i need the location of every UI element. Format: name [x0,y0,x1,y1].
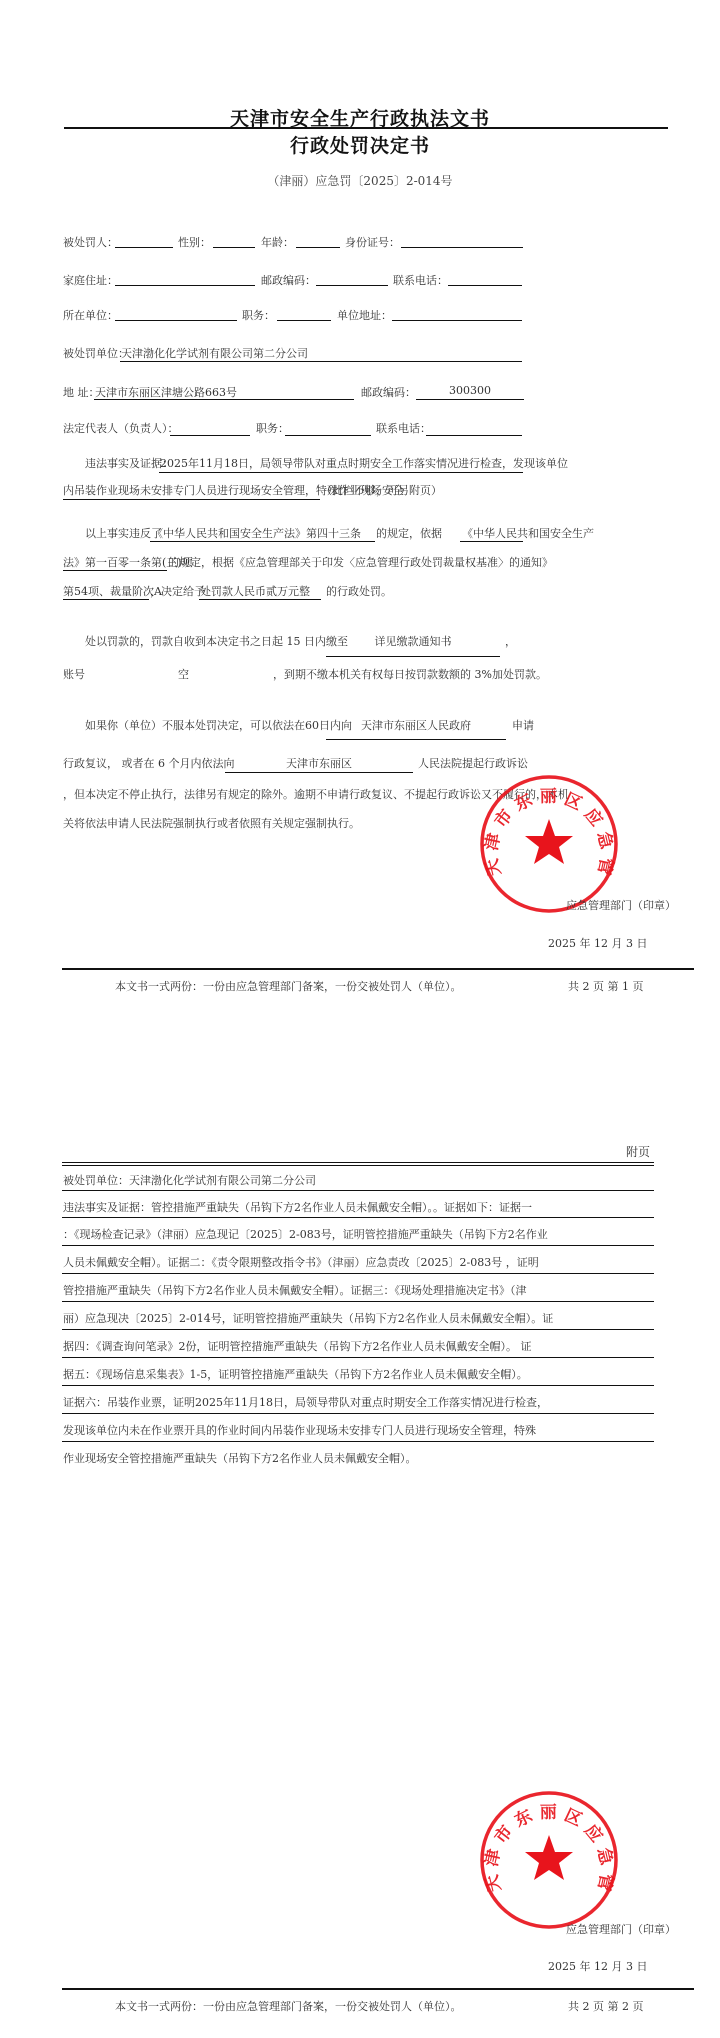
payment-prefix: 处以罚款的，罚款自收到本决定书之日起 15 日内缴至 [85,633,348,649]
phone-label: 联系电话： [393,272,448,288]
attachment-line: 作业现场安全管控措施严重缺失（吊钩下方2名作业人员未佩戴安全帽）。 [63,1450,417,1466]
footer-note: 本文书一式两份：一份由应急管理部门备案，一份交被处罚人（单位）。 [115,1998,462,2014]
penalty-amount: 处罚款人民币贰万元整 [200,583,310,599]
account-label: 账号 [63,666,85,682]
line-rule [62,1441,654,1442]
basis-law-part-1-underline [460,541,523,542]
penalty-amount-underline [199,599,321,600]
position-field [277,320,331,321]
phone-field [448,285,522,286]
basis-rest: 的规定，根据《应急管理部关于印发〈应急管理行政处罚裁量权基准〉的通知》 [168,554,553,570]
entity-address-value: 天津市东丽区津塘公路663号 [95,384,237,400]
page-indicator: 共 2 页 第 1 页 [568,978,643,994]
home-address-field [115,285,255,286]
footer-divider [62,968,694,970]
line-rule [62,1273,654,1274]
legal-rep-label: 法定代表人（负责人）： [63,420,179,436]
payment-suffix: ，到期不缴本机关有权每日按罚款数额的 3%加处罚款。 [273,666,547,682]
appeal-line-2-prefix: 行政复议， 或者在 6 个月内依法向 [63,755,235,771]
attachment-top-rule-1 [62,1162,654,1163]
account-value: 空 [178,666,189,682]
legal-rep-phone-field [426,435,522,436]
employer-address-field [392,320,522,321]
attachment-line: ：《现场检查记录》（津丽）应急现记〔2025〕2-083号，证明管控措施严重缺失… [63,1226,548,1242]
facts-line-1: 2025年11月18日，局领导带队对重点时期安全工作落实情况进行检查，发现该单位 [160,455,568,471]
id-number-field [401,247,523,248]
signature-date: 2025 年 12 月 3 日 [548,935,647,951]
appeal-prefix: 如果你（单位）不服本处罚决定，可以依法在60日内向 [85,717,352,733]
legal-rep-phone-label: 联系电话： [376,420,431,436]
signature-department: 应急管理部门（印章） [566,1921,676,1937]
official-seal-stamp: 天津市东丽区应急管理局 [478,1789,620,1931]
line-rule [62,1413,654,1414]
star-icon [525,819,573,864]
punished-entity-underline [120,361,522,362]
facts-line-1-underline [159,472,523,473]
entity-postcode-label: 邮政编码： [361,384,416,400]
court-name-underline [225,772,413,773]
signature-date: 2025 年 12 月 3 日 [548,1958,647,1974]
review-authority: 天津市东丽区人民政府 [326,717,506,733]
appeal-line-4: 关将依法申请人民法院强制执行或者依照有关规定强制执行。 [63,815,360,831]
attachment-line: 证据六：吊装作业票，证明2025年11月18日，局领导带队对重点时期安全工作落实… [63,1394,548,1410]
attachment-label: 附页 [626,1143,650,1160]
attachment-line: 人员未佩戴安全帽）。证据二：《责令限期整改指令书》（津丽）应急责改〔2025〕2… [63,1254,539,1270]
postcode-label: 邮政编码： [261,272,316,288]
line-rule [62,1385,654,1386]
attachment-line: 发现该单位内未在作业票开具的作业时间内吊装作业现场未安排专门人员进行现场安全管理… [63,1422,536,1438]
punished-entity-value: 天津渤化化学试剂有限公司第二分公司 [121,345,308,361]
violation-mid: 的规定，依据 [376,525,442,541]
gender-label: 性别： [178,234,211,250]
postcode-field [316,285,388,286]
attachment-line: 被处罚单位：天津渤化化学试剂有限公司第二分公司 [63,1172,316,1188]
attachment-line: 管控措施严重缺失（吊钩下方2名作业人员未佩戴安全帽）。证据三：《现场处理措施决定… [63,1282,527,1298]
document-number: （津丽）应急罚〔2025〕2-014号 [0,172,720,189]
review-authority-underline [326,739,506,740]
discretion-item-underline [63,599,149,600]
id-number-label: 身份证号： [345,234,400,250]
payee-comma: ， [505,633,516,649]
line-rule [62,1217,654,1218]
punished-person-field [115,247,173,248]
entity-address-underline [94,399,354,400]
entity-postcode-underline [416,399,524,400]
title-divider [64,127,668,129]
decide-text: ，决定给予 [150,583,205,599]
line-rule [62,1329,654,1330]
employer-label: 所在单位： [63,307,118,323]
attachment-top-rule-2 [62,1165,654,1166]
line-rule [62,1245,654,1246]
age-field [296,247,340,248]
attachment-line: 丽）应急现决〔2025〕2-014号，证明管控措施严重缺失（吊钩下方2名作业人员… [63,1310,553,1326]
home-address-label: 家庭住址： [63,272,118,288]
entity-postcode-value: 300300 [416,384,524,397]
violation-prefix: 以上事实违反了 [85,525,162,541]
court-suffix: 人民法院提起行政诉讼 [418,755,528,771]
violated-law: 《中华人民共和国安全生产法》第四十三条 [152,525,361,541]
footer-note: 本文书一式两份：一份由应急管理部门备案，一份交被处罚人（单位）。 [115,978,462,994]
employer-field [115,320,237,321]
attachment-line: 据四：《调查询问笔录》2份，证明管控措施严重缺失（吊钩下方2名作业人员未佩戴安全… [63,1338,532,1354]
line-rule [62,1190,654,1191]
facts-note: （此栏不够，可另附页） [321,482,442,498]
court-name: 天津市东丽区 [225,755,413,771]
punished-person-label: 被处罚人： [63,234,118,250]
footer-divider [62,1988,694,1990]
payee-value: 详见缴款通知书 [326,633,500,649]
punished-entity-label: 被处罚单位： [63,345,129,361]
attachment-line: 据五：《现场信息采集表》1-5，证明管控措施严重缺失（吊钩下方2名作业人员未佩戴… [63,1366,528,1382]
legal-rep-position-field [285,435,371,436]
discretion-item: 第54项、裁量阶次A [63,583,162,599]
violated-law-underline [150,541,375,542]
apply-text: 申请 [512,717,534,733]
page-indicator: 共 2 页 第 2 页 [568,1998,643,2014]
penalty-suffix: 的行政处罚。 [326,583,392,599]
position-label: 职务： [242,307,275,323]
age-label: 年龄： [261,234,294,250]
signature-department: 应急管理部门（印章） [566,897,676,913]
legal-rep-field [170,435,250,436]
legal-rep-position-label: 职务： [256,420,289,436]
facts-line-2-underline [63,499,320,500]
employer-address-label: 单位地址： [337,307,392,323]
star-icon [525,1835,573,1880]
basis-law-part-2-underline [63,570,167,571]
line-rule [62,1357,654,1358]
basis-law-part-1: 《中华人民共和国安全生产 [462,525,594,541]
gender-field [213,247,255,248]
official-seal-stamp: 天津市东丽区应急管理局 [478,773,620,915]
attachment-line: 违法事实及证据：管控措施严重缺失（吊钩下方2名作业人员未佩戴安全帽）。。证据如下… [63,1199,532,1215]
document-title: 行政处罚决定书 [0,131,720,158]
payee-underline [326,656,500,657]
line-rule [62,1301,654,1302]
